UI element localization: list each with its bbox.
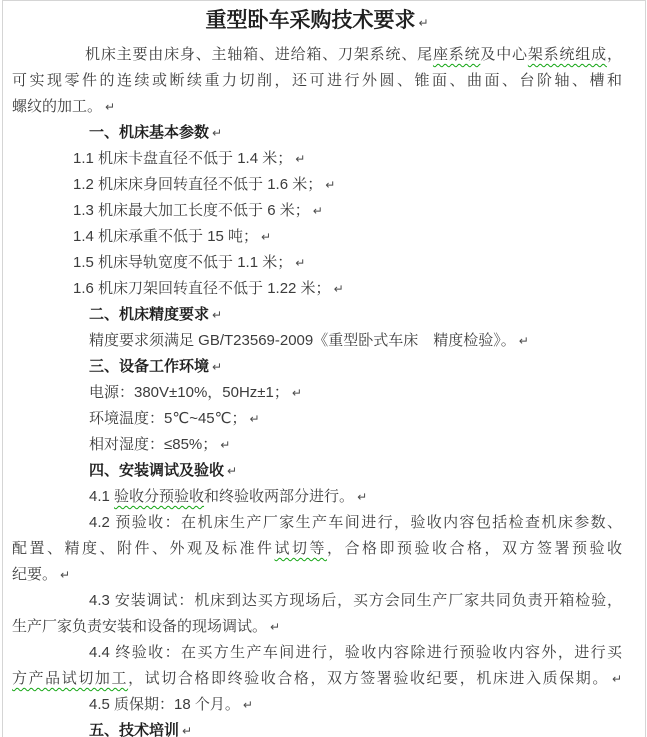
text-run: 纪要。: [12, 566, 57, 583]
text-run: 螺纹的加工。: [12, 98, 102, 115]
paragraph-mark-icon: ↵: [249, 412, 259, 426]
document-line: 4.1 验收分预验收和终验收两部分进行。↵: [12, 484, 622, 510]
document-line: 4.3 安装调试：机床到达买方现场后，买方会同生产厂家共同负责开箱检验，: [12, 588, 622, 614]
paragraph-mark-icon: ↵: [212, 360, 222, 374]
spellcheck-underlined-text: 试切等: [274, 540, 327, 557]
document-line: 4.5 质保期：18 个月。↵: [12, 692, 622, 718]
text-run: ，试切合格即终验收合格，双方签署验收纪要，机床进入质保期。: [128, 670, 609, 687]
section-heading: 五、技术培训↵: [12, 718, 622, 737]
document-line: 电源：380V±10%，50Hz±1；↵: [12, 380, 622, 406]
document-body: 重型卧车采购技术要求↵机床主要由床身、主轴箱、进给箱、刀架系统、尾座系统及中心架…: [12, 6, 622, 737]
paragraph-mark-icon: ↵: [182, 724, 192, 737]
document-line: 4.2 预验收：在机床生产厂家生产车间进行，验收内容包括检查机床参数、: [12, 510, 622, 536]
document-line: 生产厂家负责安装和设备的现场调试。↵: [12, 614, 622, 640]
paragraph-mark-icon: ↵: [519, 334, 529, 348]
document-line: 4.4 终验收：在买方生产车间进行，验收内容除进行预验收内容外，进行买: [12, 640, 622, 666]
text-run: 1.3 机床最大加工长度不低于 6 米；: [73, 202, 310, 219]
section-heading: 二、机床精度要求↵: [12, 302, 622, 328]
text-run: ，: [607, 46, 622, 63]
paragraph-mark-icon: ↵: [612, 672, 622, 686]
document-line: 1.5 机床导轨宽度不低于 1.1 米；↵: [12, 250, 622, 276]
document-line: 机床主要由床身、主轴箱、进给箱、刀架系统、尾座系统及中心架系统组成，: [12, 42, 622, 68]
paragraph-mark-icon: ↵: [270, 620, 280, 634]
section-heading: 一、机床基本参数↵: [12, 120, 622, 146]
text-run: 4.1: [89, 488, 114, 505]
text-run: 可实现零件的连续或断续重力切削，还可进行外圆、锥面、曲面、台阶轴、槽和: [12, 72, 622, 89]
paragraph-mark-icon: ↵: [313, 204, 323, 218]
text-run: 二、机床精度要求: [89, 306, 209, 323]
text-run: 四、安装调试及验收: [89, 462, 224, 479]
text-run: 4.5 质保期：18 个月。: [89, 696, 240, 713]
spellcheck-underlined-text: 座系统: [433, 46, 480, 63]
text-run: 重型卧车采购技术要求: [205, 9, 415, 32]
paragraph-mark-icon: ↵: [60, 568, 70, 582]
document-line: 环境温度：5℃~45℃；↵: [12, 406, 622, 432]
text-run: 1.1 机床卡盘直径不低于 1.4 米；: [73, 150, 292, 167]
paragraph-mark-icon: ↵: [212, 308, 222, 322]
document-line: 相对湿度：≤85%；↵: [12, 432, 622, 458]
paragraph-mark-icon: ↵: [357, 490, 367, 504]
document-line: 1.3 机床最大加工长度不低于 6 米；↵: [12, 198, 622, 224]
text-run: 1.6 机床刀架回转直径不低于 1.22 米；: [73, 280, 331, 297]
text-run: ，合格即预验收合格，双方签署预验收: [327, 540, 622, 557]
text-run: 相对湿度：≤85%；: [89, 436, 217, 453]
text-run: 三、设备工作环境: [89, 358, 209, 375]
document-line: 1.1 机床卡盘直径不低于 1.4 米；↵: [12, 146, 622, 172]
document-line: 可实现零件的连续或断续重力切削，还可进行外圆、锥面、曲面、台阶轴、槽和: [12, 68, 622, 94]
text-run: 1.5 机床导轨宽度不低于 1.1 米；: [73, 254, 292, 271]
paragraph-mark-icon: ↵: [325, 178, 335, 192]
paragraph-mark-icon: ↵: [243, 698, 253, 712]
text-run: 一、机床基本参数: [89, 124, 209, 141]
paragraph-mark-icon: ↵: [105, 100, 115, 114]
document-title: 重型卧车采购技术要求↵: [12, 6, 622, 36]
text-run: 及中心: [480, 46, 527, 63]
text-run: 五、技术培训: [89, 722, 179, 737]
document-line: 螺纹的加工。↵: [12, 94, 622, 120]
text-run: 生产厂家负责安装和设备的现场调试。: [12, 618, 267, 635]
text-run: 4.4 终验收：在买方生产车间进行，验收内容除进行预验收内容外，进行买: [89, 644, 622, 661]
section-heading: 三、设备工作环境↵: [12, 354, 622, 380]
text-run: 和终验收两部分进行。: [204, 488, 354, 505]
text-run: 配置、精度、附件、外观及标准件: [12, 540, 274, 557]
document-line: 1.2 机床床身回转直径不低于 1.6 米；↵: [12, 172, 622, 198]
paragraph-mark-icon: ↵: [212, 126, 222, 140]
text-run: 环境温度：5℃~45℃；: [89, 410, 246, 427]
text-run: 4.2 预验收：在机床生产厂家生产车间进行，验收内容包括检查机床参数、: [89, 514, 622, 531]
text-run: 1.2 机床床身回转直径不低于 1.6 米；: [73, 176, 322, 193]
document-line: 方产品试切加工，试切合格即终验收合格，双方签署验收纪要，机床进入质保期。↵: [12, 666, 622, 692]
paragraph-mark-icon: ↵: [295, 152, 305, 166]
paragraph-mark-icon: ↵: [227, 464, 237, 478]
paragraph-mark-icon: ↵: [220, 438, 230, 452]
paragraph-mark-icon: ↵: [418, 16, 428, 30]
paragraph-mark-icon: ↵: [295, 256, 305, 270]
document-line: 1.4 机床承重不低于 15 吨；↵: [12, 224, 622, 250]
text-run: 1.4 机床承重不低于 15 吨；: [73, 228, 258, 245]
paragraph-mark-icon: ↵: [261, 230, 271, 244]
document-line: 精度要求须满足 GB/T23569-2009《重型卧式车床 精度检验》。↵: [12, 328, 622, 354]
document-page: 重型卧车采购技术要求↵机床主要由床身、主轴箱、进给箱、刀架系统、尾座系统及中心架…: [2, 0, 646, 737]
section-heading: 四、安装调试及验收↵: [12, 458, 622, 484]
document-line: 配置、精度、附件、外观及标准件试切等，合格即预验收合格，双方签署预验收: [12, 536, 622, 562]
spellcheck-underlined-text: 架系统组成: [528, 46, 607, 63]
text-run: 机床主要由床身、主轴箱、进给箱、刀架系统、尾: [85, 46, 433, 63]
text-run: 4.3 安装调试：机床到达买方现场后，买方会同生产厂家共同负责开箱检验，: [89, 592, 622, 609]
text-run: 电源：380V±10%，50Hz±1；: [89, 384, 289, 401]
text-run: 精度要求须满足 GB/T23569-2009《重型卧式车床 精度检验》。: [89, 332, 516, 349]
spellcheck-underlined-text: 方产品试切加工: [12, 670, 128, 687]
paragraph-mark-icon: ↵: [334, 282, 344, 296]
document-line: 纪要。↵: [12, 562, 622, 588]
paragraph-mark-icon: ↵: [292, 386, 302, 400]
spellcheck-underlined-text: 验收分预验收: [114, 488, 204, 505]
document-line: 1.6 机床刀架回转直径不低于 1.22 米；↵: [12, 276, 622, 302]
